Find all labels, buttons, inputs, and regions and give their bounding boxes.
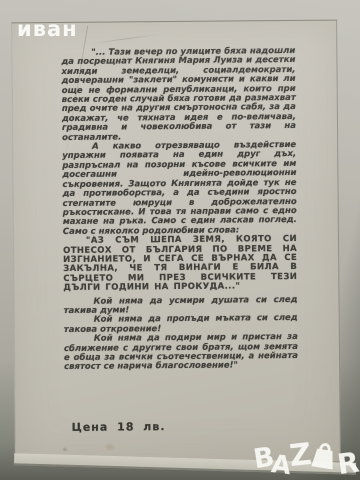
- bazar-logo: B A Z R: [254, 443, 357, 474]
- bazar-letter: Z: [288, 440, 311, 472]
- book-back-cover: "... Тази вечер по улиците бяха надошли …: [11, 20, 341, 465]
- cover-text: "... Тази вечер по улиците бяха надошли …: [61, 47, 298, 373]
- seller-watermark: иван: [17, 17, 78, 41]
- price-label: Цена 18 лв.: [72, 420, 166, 434]
- cover-paragraph: А какво отрезвяващо въздействие упражни …: [62, 141, 297, 237]
- paper-stain: [62, 447, 68, 452]
- bazar-letter: A: [270, 451, 290, 478]
- paper-stain: [104, 443, 116, 452]
- cover-paragraph: "... Тази вечер по улиците бяха надошли …: [61, 47, 296, 143]
- photo-background: "... Тази вечер по улиците бяха надошли …: [0, 0, 360, 480]
- paper-scratch: [90, 34, 160, 44]
- cover-paragraph: Кой няма да подири мир и пристан за сбли…: [64, 333, 298, 373]
- shopping-bag-icon: [310, 437, 340, 472]
- bazar-letter: R: [336, 449, 359, 479]
- cover-paragraph: "АЗ СЪМ ШЕПА ЗЕМЯ, КОЯТО СИ ОТНЕСОХ ОТ Б…: [63, 235, 297, 293]
